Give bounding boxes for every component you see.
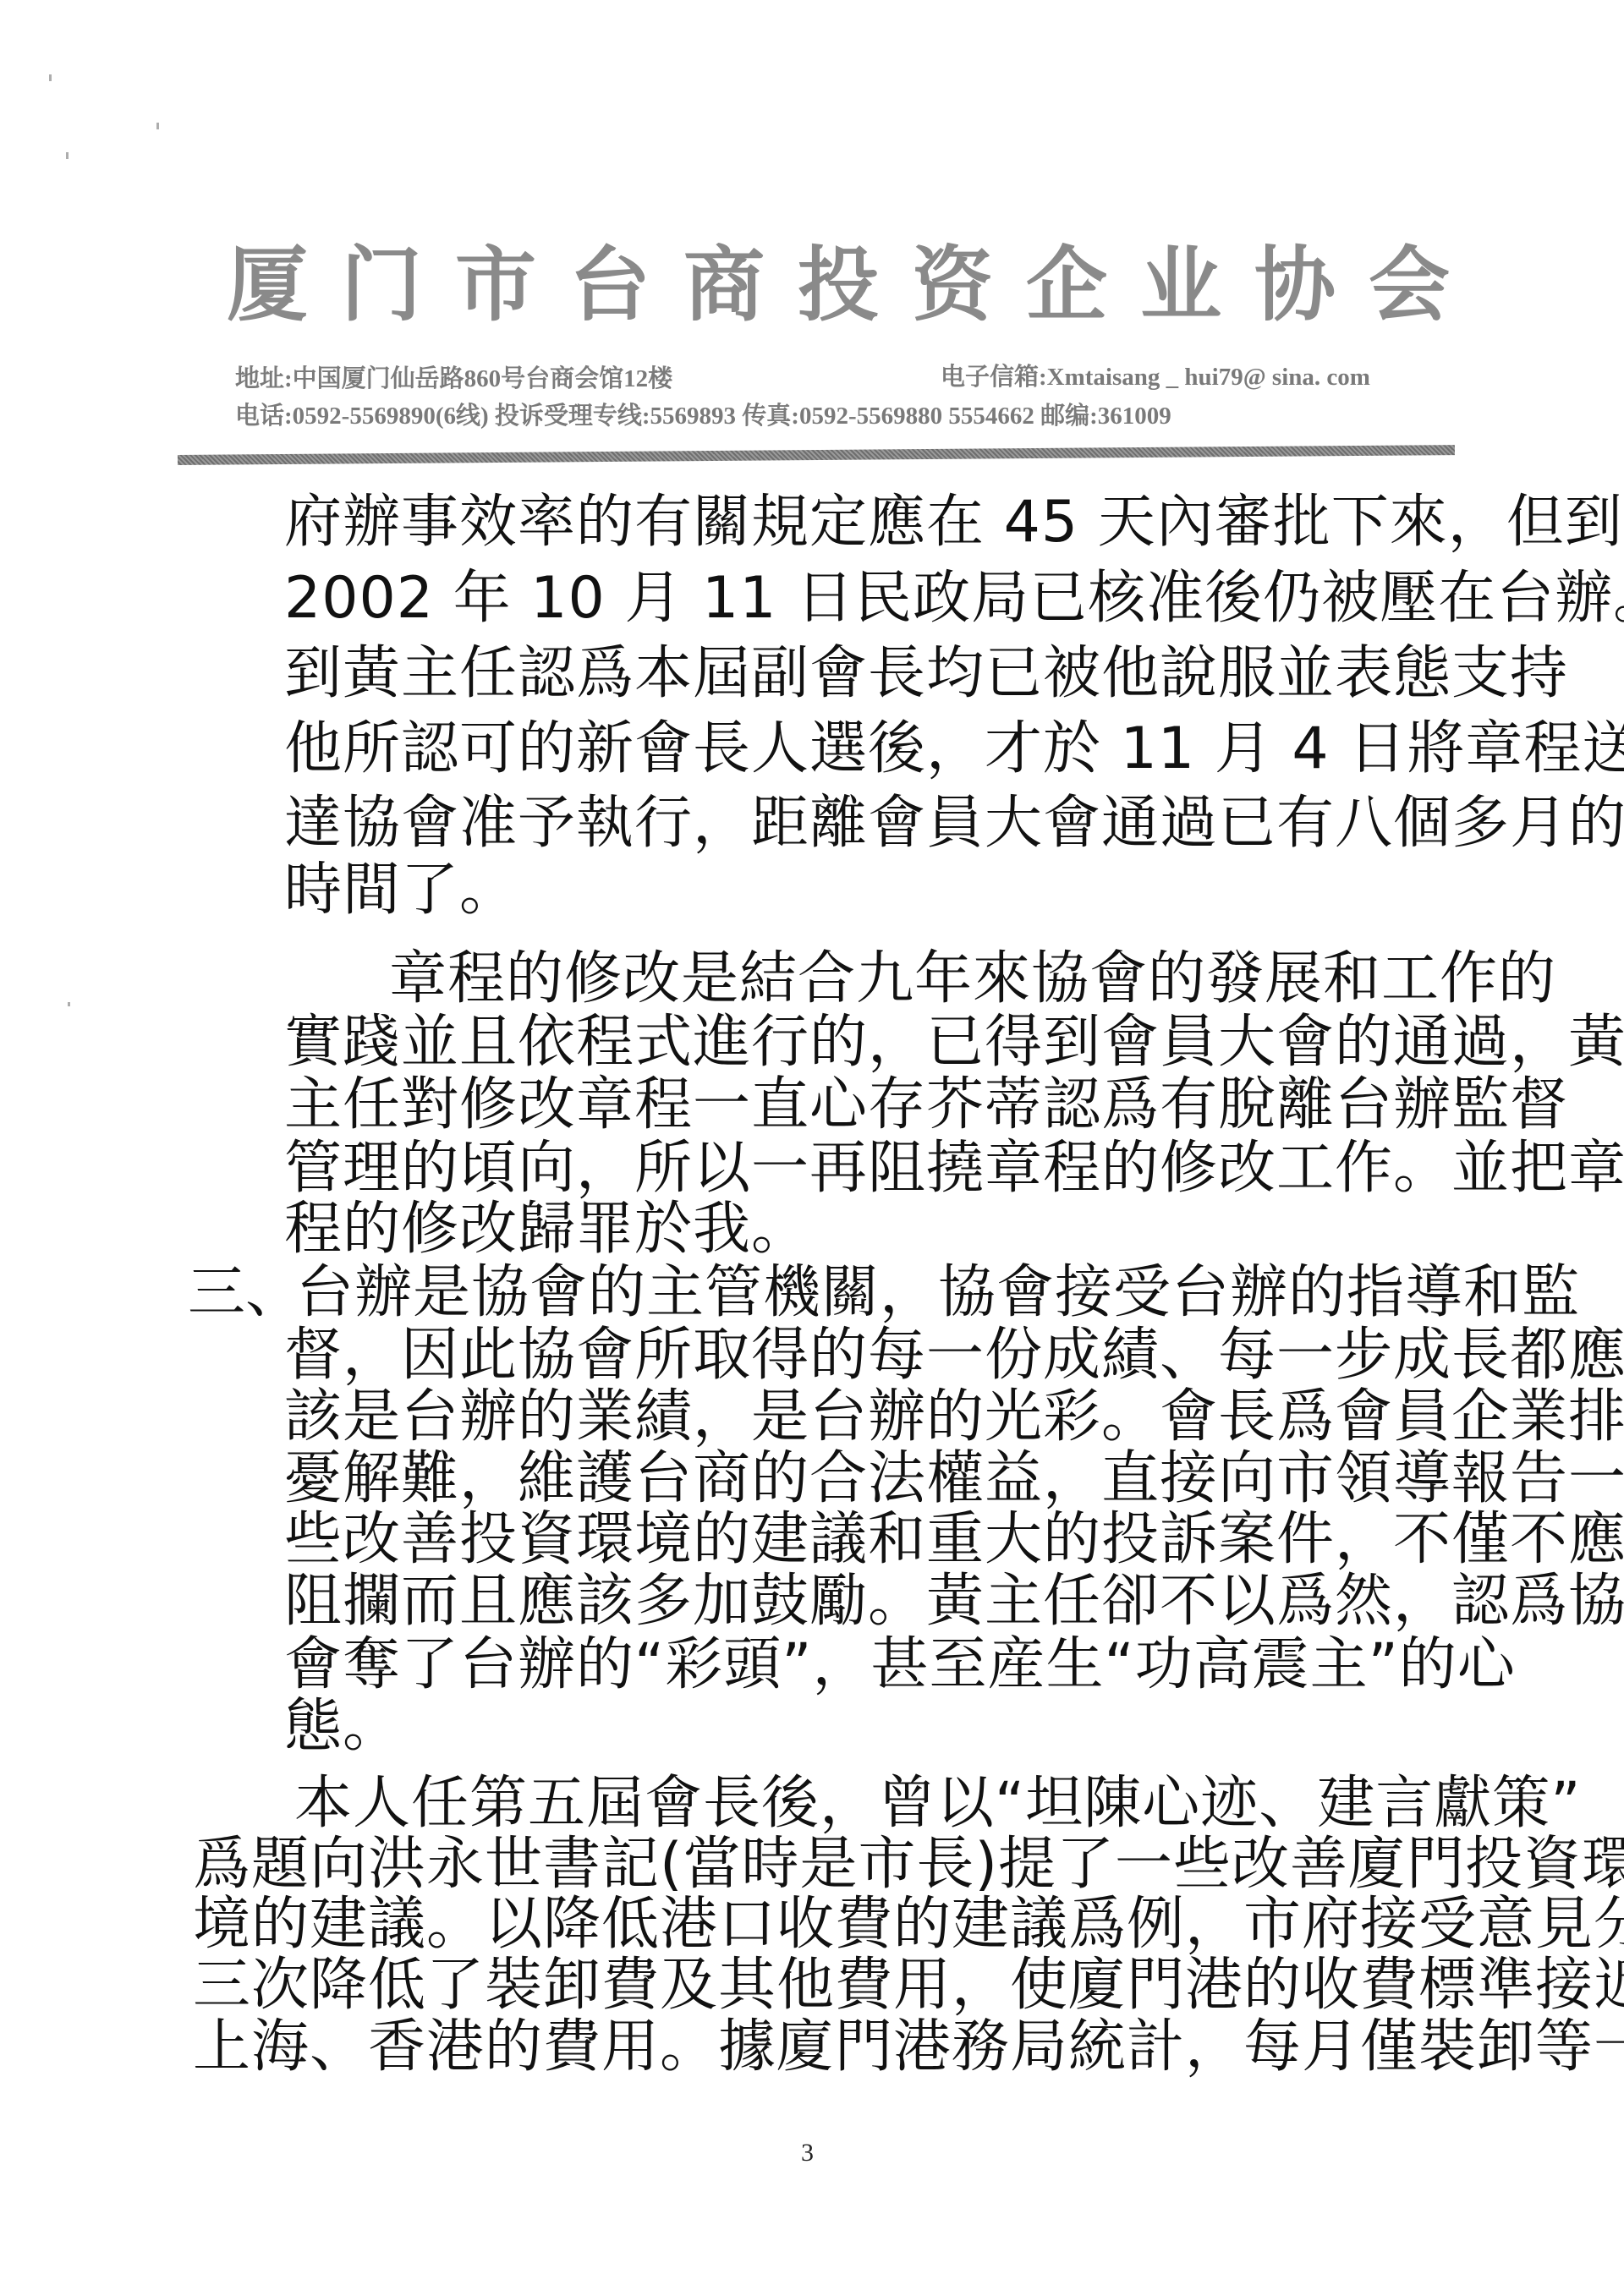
paragraph-line: 時間了。 (284, 857, 518, 924)
paragraph-line: 上海、香港的費用。據廈門港務局統計，每月僅裝卸等一 (193, 2014, 1624, 2081)
paragraph-line: 該是台辦的業績，是台辦的光彩。會長爲會員企業排 (284, 1384, 1624, 1451)
paragraph-line: 憂解難，維護台商的合法權益，直接向市領導報告一 (284, 1445, 1624, 1513)
header-divider (178, 445, 1455, 465)
paragraph-line: 台辦是協會的主管機關，協會接受台辦的指導和監 (296, 1259, 1580, 1327)
scan-artifact (68, 1002, 70, 1006)
paragraph-line: 實踐並且依程式進行的，已得到會員大會的通過，黃 (284, 1009, 1624, 1077)
paragraph-line: 程的修改歸罪於我。 (284, 1196, 809, 1263)
paragraph-line: 本人任第五屆會長後，曾以“坦陳心迹、建言獻策” (294, 1770, 1581, 1838)
scan-artifact (156, 123, 159, 129)
scan-artifact (66, 152, 69, 159)
paragraph-line: 阻攔而且應該多加鼓勵。黃主任卻不以爲然，認爲協 (284, 1568, 1624, 1636)
paragraph-line: 會奪了台辦的“彩頭”，甚至産生“功高震主”的心 (284, 1631, 1516, 1699)
letterhead-email: 电子信箱:Xmtaisang _ hui79@ sina. com (941, 362, 1370, 392)
paragraph-line: 督，因此協會所取得的每一份成績、每一步成長都應 (284, 1322, 1624, 1389)
paragraph-line: 2002 年 10 月 11 日民政局已核准後仍被壓在台辦。直 (284, 565, 1624, 633)
paragraph-line: 三次降低了裝卸費及其他費用，使廈門港的收費標準接近 (193, 1952, 1624, 2019)
page-number: 3 (801, 2138, 814, 2168)
paragraph-line: 爲題向洪永世書記(當時是市長)提了一些改善廈門投資環 (193, 1831, 1624, 1899)
paragraph-line: 府辦事效率的有關規定應在 45 天內審批下來，但到 (284, 489, 1623, 556)
paragraph-line: 達協會准予執行，距離會員大會通過已有八個多月的 (284, 790, 1624, 858)
paragraph-line: 管理的頃向，所以一再阻撓章程的修改工作。並把章 (284, 1135, 1624, 1203)
paragraph-line: 些改善投資環境的建議和重大的投訴案件，不僅不應 (284, 1506, 1624, 1574)
paragraph-line: 主任對修改章程一直心存芥蒂認爲有脫離台辦監督 (284, 1071, 1568, 1139)
paragraph-line: 章程的修改是結合九年來協會的發展和工作的 (389, 945, 1556, 1013)
paragraph-line: 態。 (284, 1693, 401, 1761)
paragraph-line: 境的建議。以降低港口收費的建議爲例，市府接受意見分 (193, 1891, 1624, 1959)
letterhead-address: 地址:中国厦门仙岳路860号台商会馆12楼 (235, 364, 672, 394)
letterhead-contact: 电话:0592-5569890(6线) 投诉受理专线:5569893 传真:05… (235, 401, 1171, 431)
paragraph-line: 到黃主任認爲本屆副會長均已被他說服並表態支持 (284, 640, 1568, 708)
document-page: 厦门市台商投资企业协会 地址:中国厦门仙岳路860号台商会馆12楼 电子信箱:X… (0, 0, 1624, 2296)
section-number: 三、 (188, 1259, 303, 1327)
letterhead-title: 厦门市台商投资企业协会 (227, 238, 1411, 332)
paragraph-line: 他所認可的新會長人選後，才於 11 月 4 日將章程送 (284, 715, 1624, 783)
scan-artifact (49, 74, 52, 81)
